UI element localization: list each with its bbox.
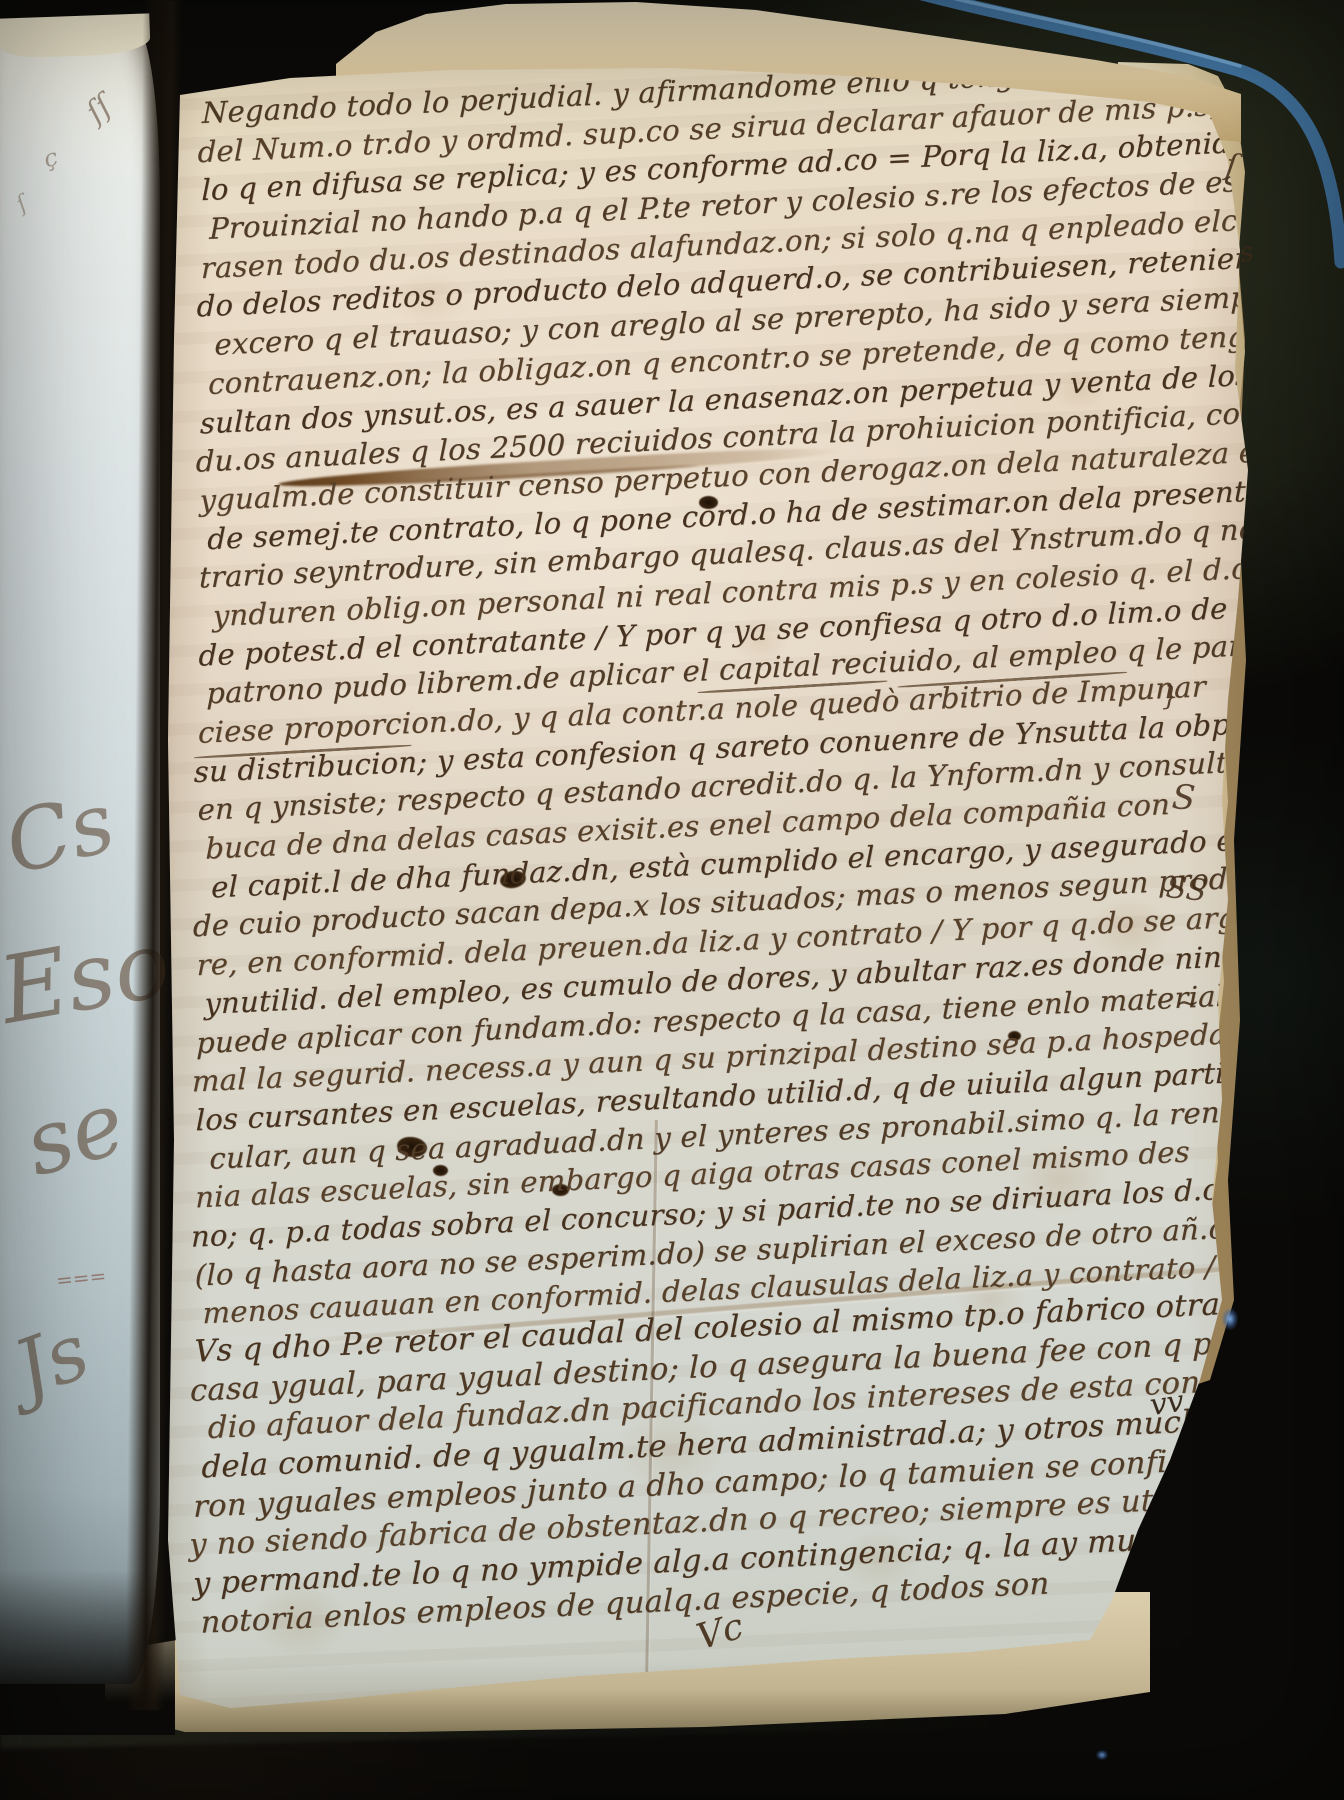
left-page-ghost-mark: ſ — [12, 192, 32, 218]
left-page-ghost-mark: ſſ — [80, 89, 119, 130]
edge-margin-mark: S — [1171, 777, 1197, 819]
manuscript-text-block: Negando todo lo perjudial. y afirmandome… — [193, 46, 1241, 1644]
left-page-ghost-mark: === — [55, 1263, 108, 1292]
left-page-ghost-mark: se — [14, 1071, 136, 1197]
left-page-ghost-mark: Cs — [0, 772, 124, 893]
edge-margin-mark: ~ — [1176, 986, 1199, 1019]
edge-margin-mark: vv — [1148, 1384, 1186, 1423]
light-glint — [1222, 1308, 1238, 1330]
manuscript-page: Negando todo lo perjudial. y afirmandome… — [150, 40, 1295, 1720]
left-page-ghost-mark: Js — [3, 1307, 101, 1416]
edge-margin-mark: SS — [1164, 870, 1208, 909]
light-glint — [1096, 1750, 1108, 1760]
edge-margin-mark: } — [1162, 682, 1179, 712]
left-page-ghost-mark: ç — [41, 143, 61, 174]
